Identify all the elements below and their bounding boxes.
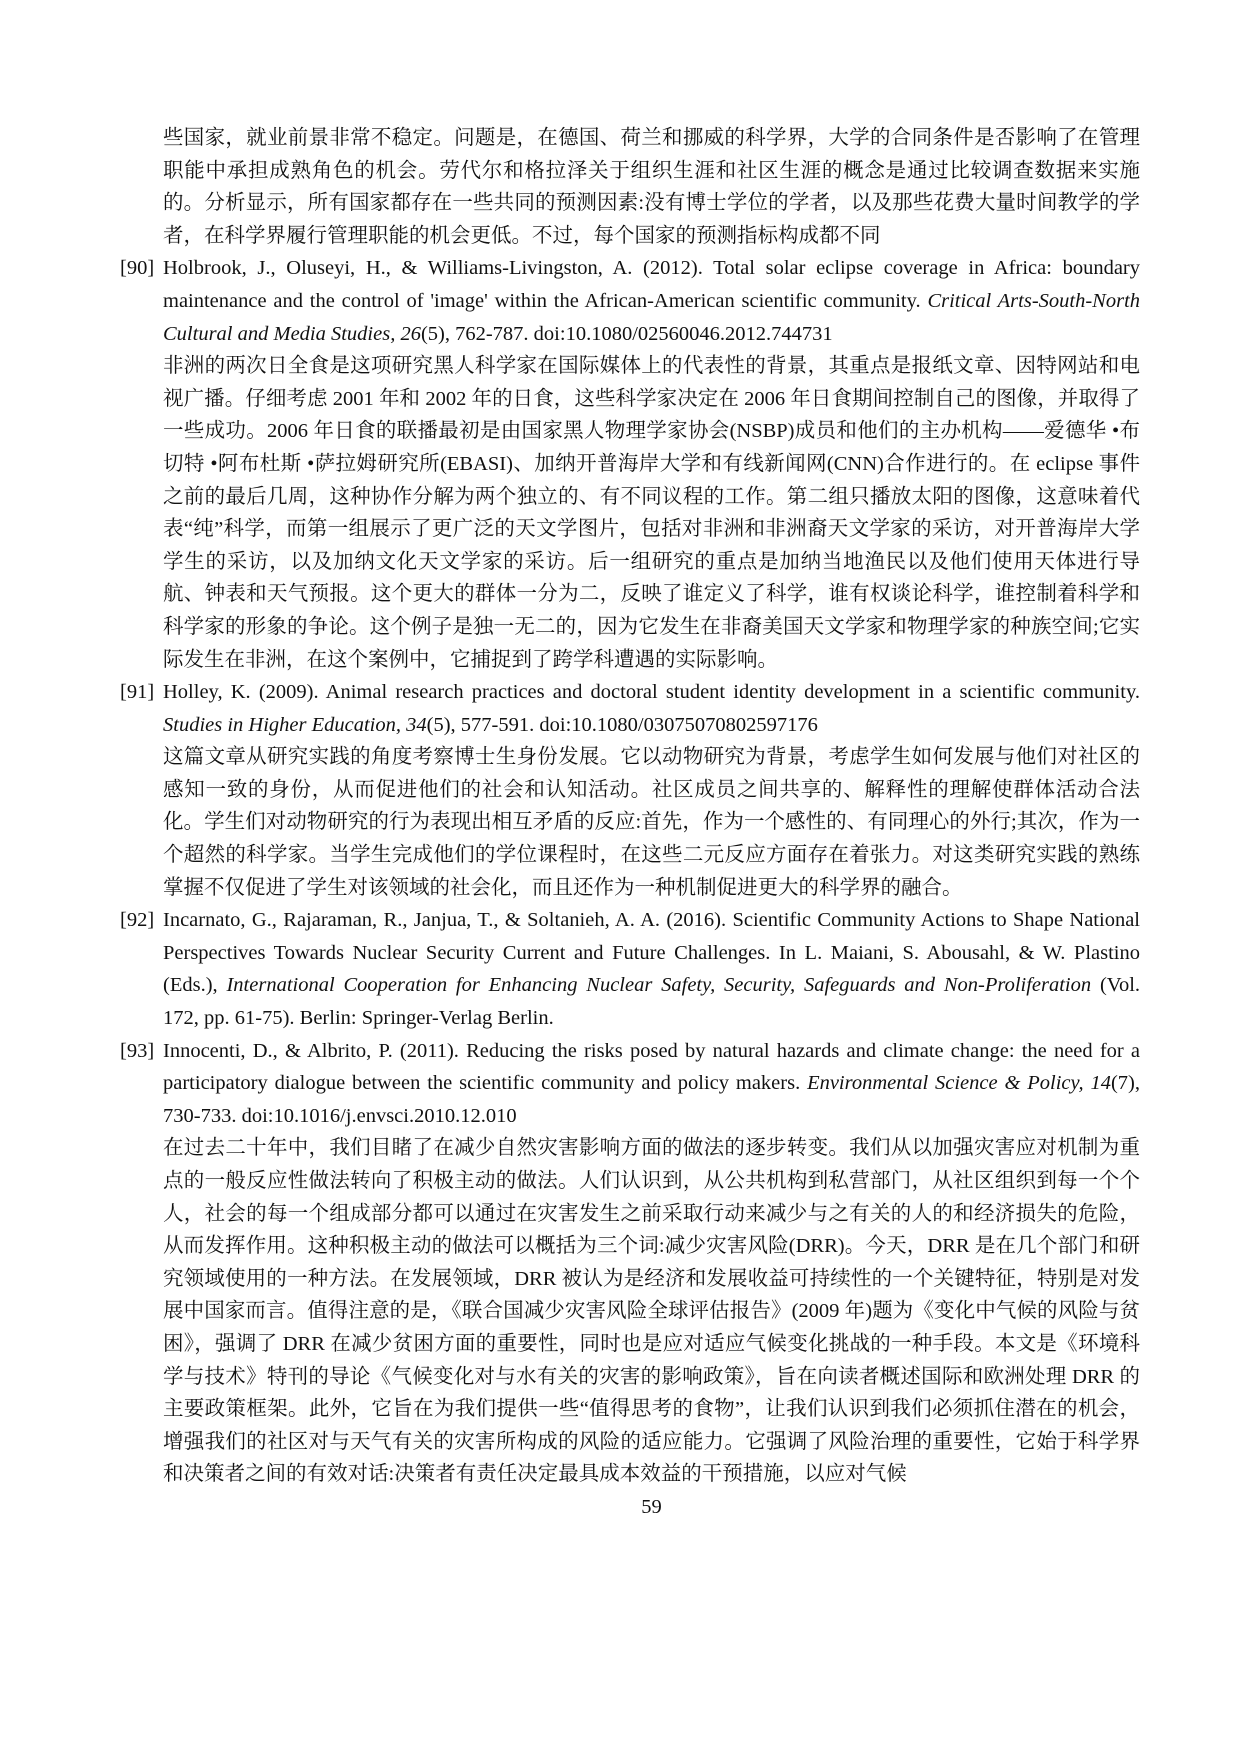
citation: [93]Innocenti, D., & Albrito, P. (2011).… [163,1035,1140,1133]
reference-label: [93] [120,1035,163,1068]
citation-text: Holley, K. (2009). Animal research pract… [163,681,1140,703]
reference-annotation: 非洲的两次日全食是这项研究黑人科学家在国际媒体上的代表性的背景，其重点是报纸文章… [163,350,1140,676]
reference-annotation: 在过去二十年中，我们目睹了在减少自然灾害影响方面的做法的逐步转变。我们从以加强灾… [163,1132,1140,1491]
reference-annotation: 这篇文章从研究实践的角度考察博士生身份发展。它以动物研究为背景，考虑学生如何发展… [163,741,1140,904]
references-page-content: 些国家，就业前景非常不稳定。问题是，在德国、荷兰和挪威的科学界，大学的合同条件是… [120,122,1140,1524]
document-page: 些国家，就业前景非常不稳定。问题是，在德国、荷兰和挪威的科学界，大学的合同条件是… [0,0,1240,1753]
reference-entry: [90]Holbrook, J., Oluseyi, H., & William… [120,252,1140,676]
citation: [92]Incarnato, G., Rajaraman, R., Janjua… [163,904,1140,1034]
reference-label: [92] [120,904,163,937]
citation: [90]Holbrook, J., Oluseyi, H., & William… [163,252,1140,350]
page-number: 59 [163,1491,1140,1524]
reference-entry: [92]Incarnato, G., Rajaraman, R., Janjua… [120,904,1140,1034]
citation-text: (5), 762-787. doi:10.1080/02560046.2012.… [421,323,833,345]
citation: [91]Holley, K. (2009). Animal research p… [163,676,1140,741]
reference-label: [91] [120,676,163,709]
citation-source-italic: Studies in Higher Education, 34 [163,714,427,736]
reference-label: [90] [120,252,163,285]
continued-paragraph: 些国家，就业前景非常不稳定。问题是，在德国、荷兰和挪威的科学界，大学的合同条件是… [163,122,1140,252]
citation-source-italic: Environmental Science & Policy, 14 [807,1072,1111,1094]
reference-entry: [91]Holley, K. (2009). Animal research p… [120,676,1140,904]
citation-source-italic: International Cooperation for Enhancing … [226,974,1091,996]
reference-entry: [93]Innocenti, D., & Albrito, P. (2011).… [120,1035,1140,1491]
citation-text: (5), 577-591. doi:10.1080/03075070802597… [427,714,818,736]
